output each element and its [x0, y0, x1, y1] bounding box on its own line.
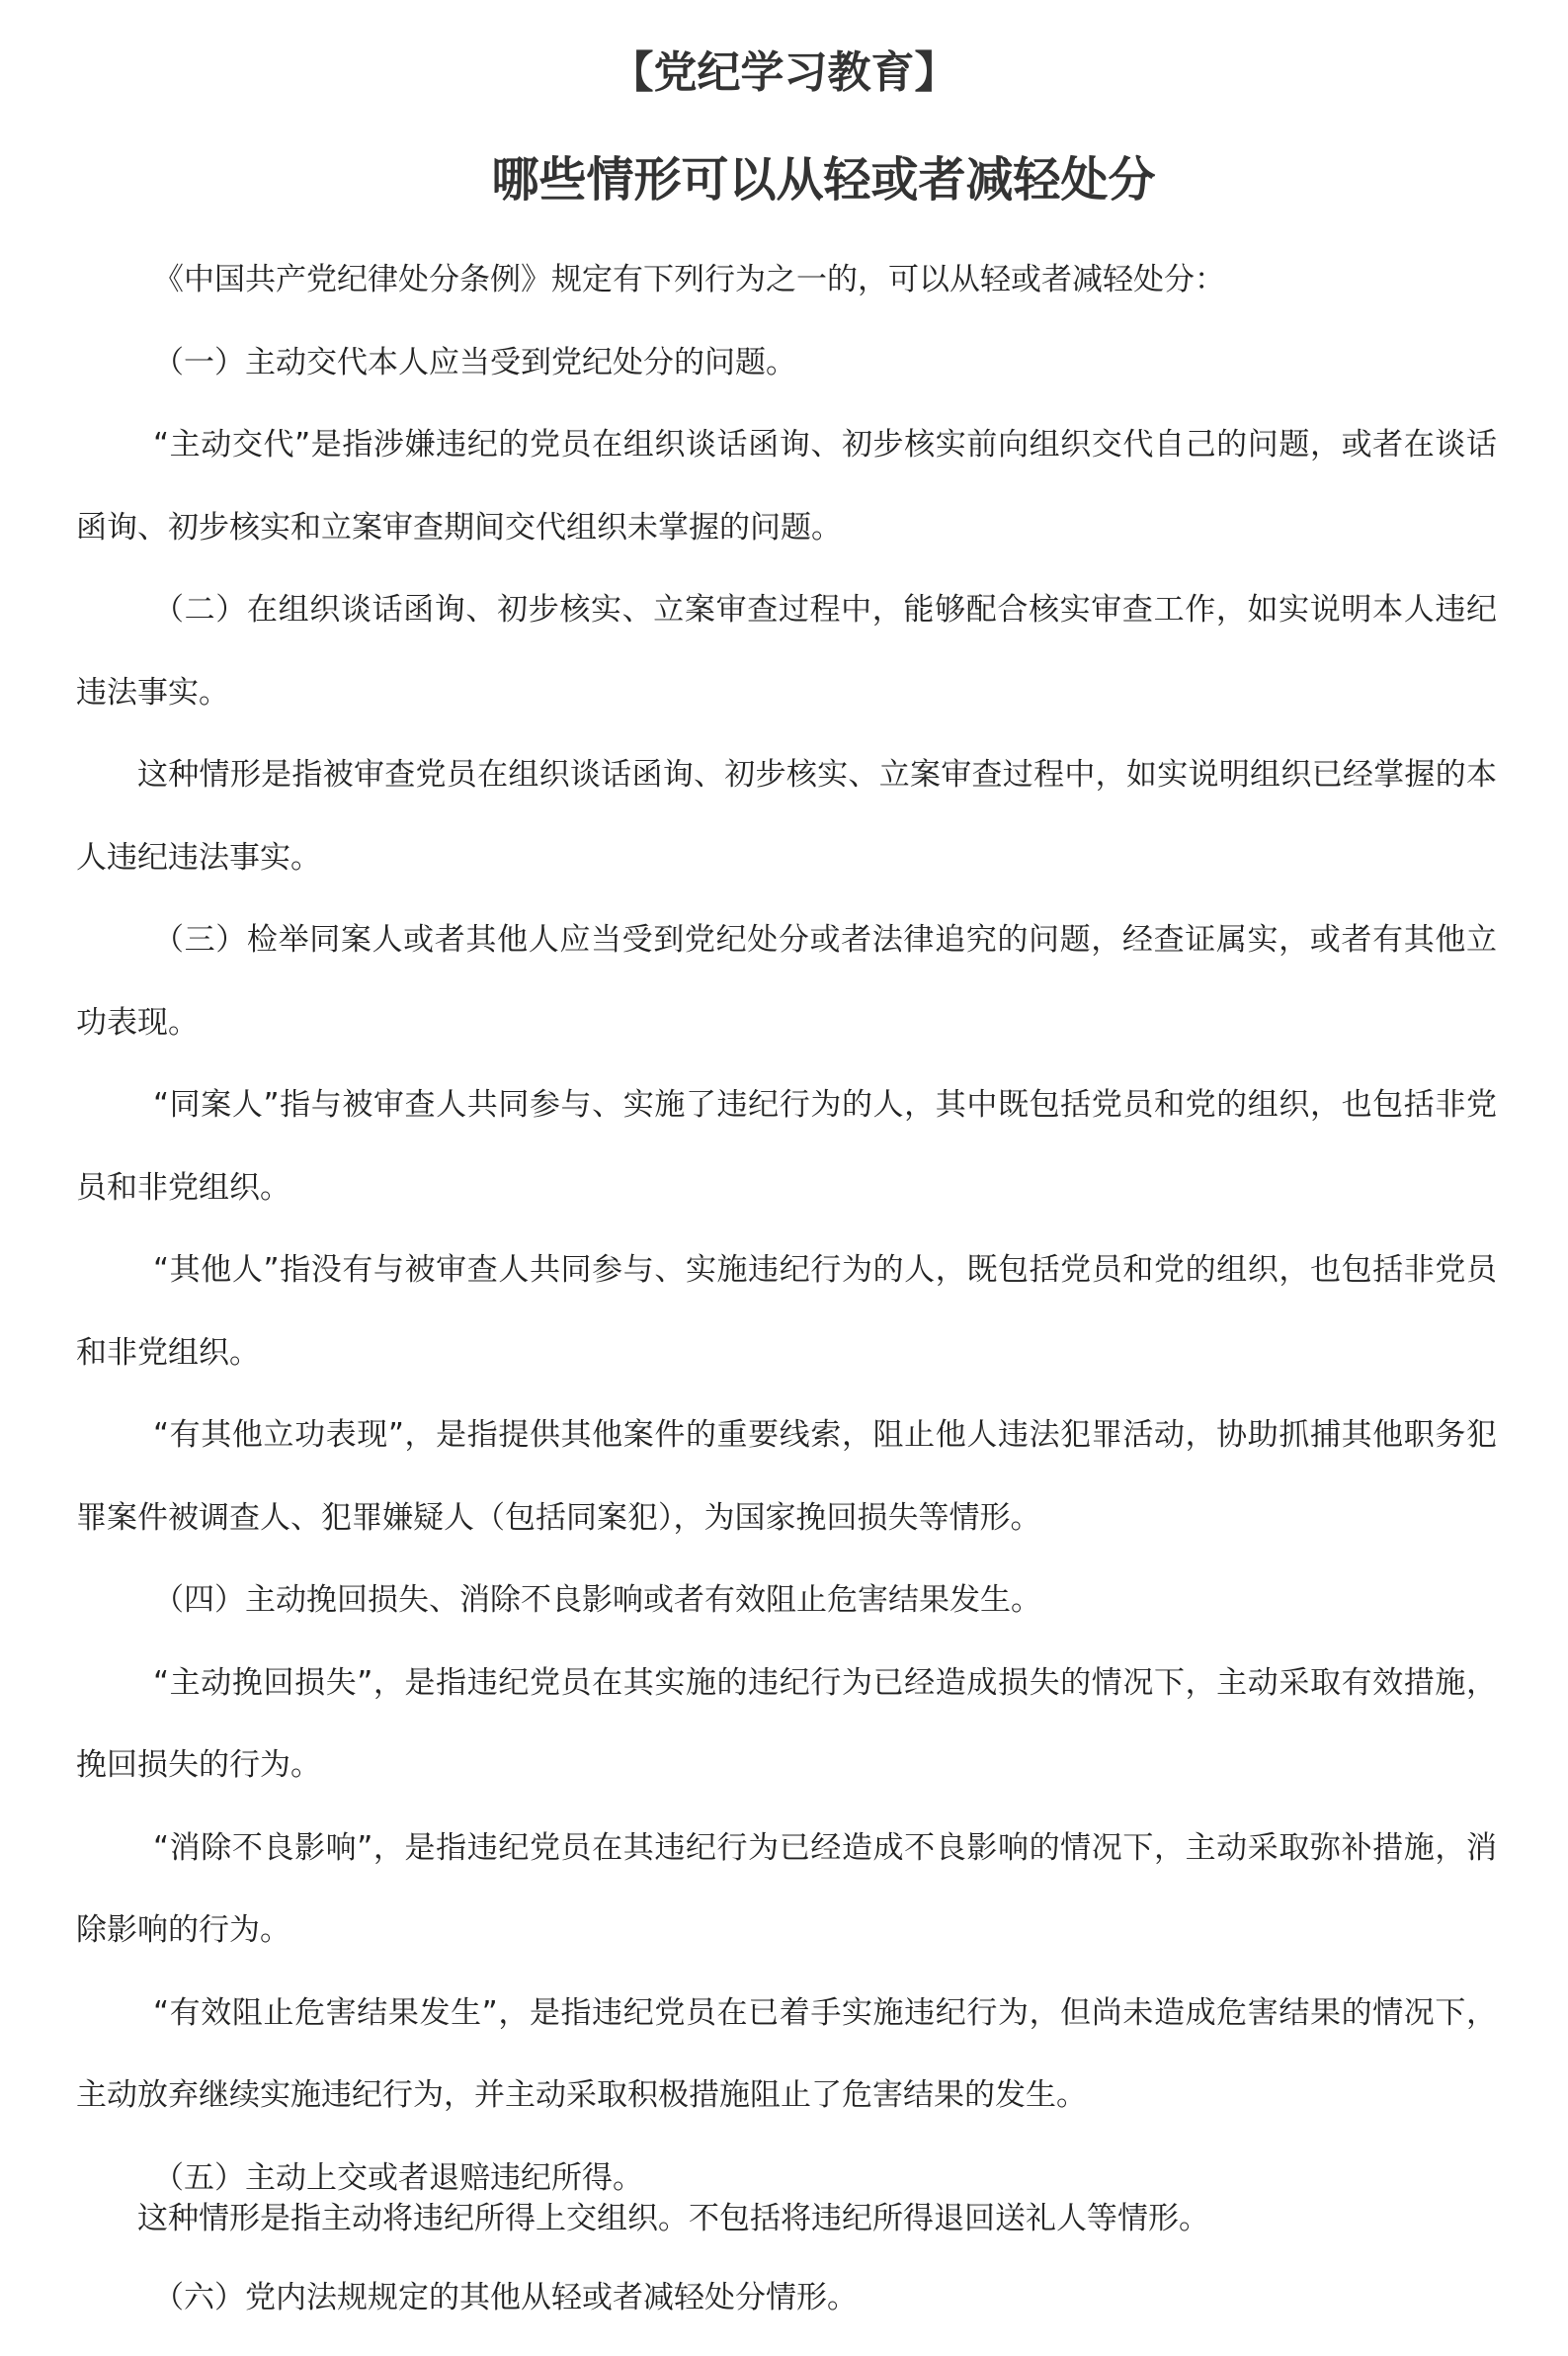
- item-3-heading: （三）检举同案人或者其他人应当受到党纪处分或者法律追究的问题，经查证属实，或者有…: [76, 899, 1497, 1064]
- item-5-explanation: 这种情形是指主动将违纪所得上交组织。不包括将违纪所得退回送礼人等情形。: [76, 2201, 1497, 2237]
- intro-paragraph: 《中国共产党纪律处分条例》规定有下列行为之一的，可以从轻或者减轻处分：: [76, 239, 1497, 322]
- item-1-explanation: “主动交代”是指涉嫌违纪的党员在组织谈话函询、初步核实前向组织交代自己的问题，或…: [76, 404, 1497, 569]
- item-1-heading: （一）主动交代本人应当受到党纪处分的问题。: [76, 322, 1497, 405]
- item-3-explanation-meritorious: “有其他立功表现”，是指提供其他案件的重要线索，阻止他人违法犯罪活动，协助抓捕其…: [76, 1394, 1497, 1559]
- document-body: 《中国共产党纪律处分条例》规定有下列行为之一的，可以从轻或者减轻处分： （一）主…: [76, 239, 1497, 2340]
- item-2-explanation: 这种情形是指被审查党员在组织谈话函询、初步核实、立案审查过程中，如实说明组织已经…: [76, 734, 1497, 899]
- document-title: 【党纪学习教育】: [0, 43, 1568, 103]
- item-4-explanation-eliminate-impact: “消除不良影响”，是指违纪党员在其违纪行为已经造成不良影响的情况下，主动采取弥补…: [76, 1808, 1497, 1973]
- item-3-explanation-accomplice: “同案人”指与被审查人共同参与、实施了违纪行为的人，其中既包括党员和党的组织，也…: [76, 1064, 1497, 1229]
- item-2-heading: （二）在组织谈话函询、初步核实、立案审查过程中，能够配合核实审查工作，如实说明本…: [76, 569, 1497, 734]
- item-4-explanation-prevent-harm: “有效阻止危害结果发生”，是指违纪党员在已着手实施违纪行为，但尚未造成危害结果的…: [76, 1973, 1497, 2138]
- item-4-heading: （四）主动挽回损失、消除不良影响或者有效阻止危害结果发生。: [76, 1559, 1497, 1642]
- document-subtitle: 哪些情形可以从轻或者减轻处分: [40, 148, 1568, 211]
- item-3-explanation-others: “其他人”指没有与被审查人共同参与、实施违纪行为的人，既包括党员和党的组织，也包…: [76, 1229, 1497, 1394]
- item-4-explanation-recover-loss: “主动挽回损失”，是指违纪党员在其实施的违纪行为已经造成损失的情况下，主动采取有…: [76, 1642, 1497, 1808]
- item-6-heading: （六）党内法规规定的其他从轻或者减轻处分情形。: [76, 2257, 1497, 2340]
